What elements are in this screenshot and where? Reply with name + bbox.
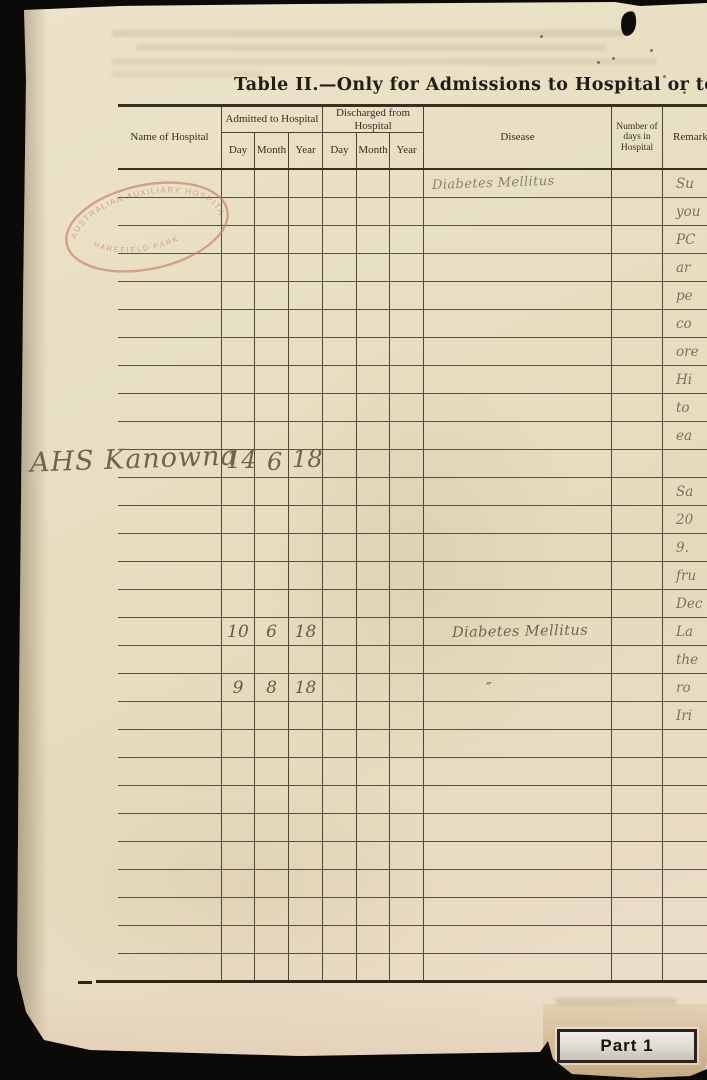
cell-days	[612, 310, 663, 337]
cell-am	[255, 394, 289, 421]
handwritten-admit-year: 18	[292, 445, 323, 473]
bleed-through-text	[556, 998, 676, 1005]
table-row: 10618Diabetes MellitusLa	[118, 618, 707, 646]
cell-am	[255, 506, 289, 533]
cell-days	[612, 674, 663, 701]
cell-remark: Iri	[663, 702, 707, 729]
cell-days	[612, 170, 663, 197]
header-remarks: Remarks	[663, 107, 707, 168]
cell-name	[118, 842, 222, 869]
cell-ay	[289, 254, 323, 281]
cell-ay	[289, 786, 323, 813]
table-header: Name of Hospital Admitted to Hospital Di…	[118, 104, 707, 170]
table-row	[118, 870, 707, 898]
cell-dm	[357, 562, 390, 589]
cell-am	[255, 842, 289, 869]
part-label: Part 1	[557, 1029, 697, 1063]
cell-dm	[357, 310, 390, 337]
cell-days	[612, 590, 663, 617]
cell-ay	[289, 870, 323, 897]
cell-ad	[222, 954, 255, 981]
handwritten-hospital-name: AHS Kanowna	[30, 440, 239, 478]
cell-name	[118, 954, 222, 981]
speck	[612, 57, 615, 60]
table-row	[118, 730, 707, 758]
cell-dd	[323, 254, 357, 281]
cell-remark	[663, 954, 707, 981]
cell-disease	[424, 534, 612, 561]
cell-remark	[663, 814, 707, 841]
cell-am	[255, 254, 289, 281]
cell-dd	[323, 786, 357, 813]
cell-dd	[323, 954, 357, 981]
handwritten-remark: Sa	[663, 484, 693, 500]
header-day: Day	[222, 133, 255, 168]
cell-am	[255, 926, 289, 953]
cell-dd	[323, 394, 357, 421]
cell-ad: 10	[222, 618, 255, 645]
cell-days	[612, 814, 663, 841]
speck	[597, 61, 600, 64]
table-row: ore	[118, 338, 707, 366]
cell-disease	[424, 310, 612, 337]
paper-edge-shadow	[14, 0, 48, 1080]
cell-days	[612, 898, 663, 925]
cell-days	[612, 506, 663, 533]
cell-name	[118, 394, 222, 421]
table-row	[118, 954, 707, 982]
cell-dm	[357, 758, 390, 785]
cell-remark: co	[663, 310, 707, 337]
cell-dm	[357, 870, 390, 897]
bleed-through-text	[112, 30, 660, 77]
handwritten-disease: Diabetes Mellitus	[424, 174, 555, 194]
cell-dd	[323, 702, 357, 729]
cell-days	[612, 366, 663, 393]
cell-ad	[222, 282, 255, 309]
cell-disease	[424, 730, 612, 757]
cell-remark: ar	[663, 254, 707, 281]
cell-ay	[289, 534, 323, 561]
cell-name	[118, 366, 222, 393]
cell-remark: pe	[663, 282, 707, 309]
header-discharged-group: Discharged from Hospital	[323, 107, 424, 133]
cell-days	[612, 338, 663, 365]
cell-days	[612, 730, 663, 757]
cell-days	[612, 646, 663, 673]
cell-disease	[424, 562, 612, 589]
cell-ay	[289, 926, 323, 953]
cell-am	[255, 366, 289, 393]
handwritten-remark: ea	[663, 428, 692, 444]
handwritten-ay: 18	[295, 622, 317, 642]
cell-dm	[357, 534, 390, 561]
cell-ad: 9	[222, 674, 255, 701]
cell-am	[255, 198, 289, 225]
handwritten-entry-kanowna: AHS Kanowna 14 6 18	[30, 438, 360, 498]
cell-dd	[323, 758, 357, 785]
cell-ay	[289, 198, 323, 225]
cell-ay: 18	[289, 674, 323, 701]
cell-disease	[424, 898, 612, 925]
cell-ay	[289, 366, 323, 393]
cell-dm	[357, 898, 390, 925]
cell-dy	[390, 730, 424, 757]
cell-ad	[222, 842, 255, 869]
handwritten-remark: to	[663, 400, 690, 416]
cell-name	[118, 506, 222, 533]
handwritten-remark: Su	[663, 176, 694, 192]
cell-name	[118, 674, 222, 701]
cell-am	[255, 786, 289, 813]
handwritten-am: 6	[266, 622, 277, 642]
table-row: 9818″ro	[118, 674, 707, 702]
cell-dm	[357, 478, 390, 505]
cell-dy	[390, 870, 424, 897]
cell-dm	[357, 646, 390, 673]
cell-disease	[424, 954, 612, 981]
cell-days	[612, 702, 663, 729]
handwritten-remark: ore	[663, 344, 699, 360]
cell-name	[118, 926, 222, 953]
cell-name	[118, 562, 222, 589]
table-row	[118, 926, 707, 954]
cell-dm	[357, 226, 390, 253]
handwritten-am: 8	[266, 678, 277, 698]
header-disease: Disease	[424, 107, 612, 168]
cell-dm	[357, 926, 390, 953]
cell-disease: Diabetes Mellitus	[424, 618, 612, 645]
cell-remark: 20	[663, 506, 707, 533]
cell-dd	[323, 226, 357, 253]
cell-ad	[222, 730, 255, 757]
cell-ay	[289, 506, 323, 533]
cell-ay	[289, 282, 323, 309]
cell-remark: Dec	[663, 590, 707, 617]
cell-name	[118, 338, 222, 365]
cell-remark	[663, 758, 707, 785]
cell-ad	[222, 646, 255, 673]
cell-days	[612, 282, 663, 309]
cell-disease: ″	[424, 674, 612, 701]
handwritten-remark: fru	[663, 568, 696, 584]
speck	[540, 35, 543, 38]
cell-dm	[357, 254, 390, 281]
cell-dm	[357, 814, 390, 841]
cell-days	[612, 198, 663, 225]
cell-ad	[222, 758, 255, 785]
header-admitted-group: Admitted to Hospital	[222, 107, 323, 133]
cell-ay	[289, 898, 323, 925]
cell-am	[255, 730, 289, 757]
cell-remark: Su	[663, 170, 707, 197]
cell-name	[118, 898, 222, 925]
cell-ad	[222, 590, 255, 617]
cell-remark	[663, 898, 707, 925]
table-row	[118, 814, 707, 842]
cell-disease	[424, 506, 612, 533]
cell-dd	[323, 646, 357, 673]
cell-name	[118, 534, 222, 561]
cell-ay	[289, 814, 323, 841]
cell-name	[118, 730, 222, 757]
cell-disease	[424, 590, 612, 617]
cell-disease	[424, 758, 612, 785]
cell-days	[612, 954, 663, 981]
table-row: 20	[118, 506, 707, 534]
cell-days	[612, 394, 663, 421]
handwritten-remark: you	[663, 204, 700, 220]
cell-days	[612, 870, 663, 897]
header-name-of-hospital: Name of Hospital	[118, 107, 222, 168]
cell-am	[255, 702, 289, 729]
cell-dd	[323, 730, 357, 757]
cell-disease	[424, 198, 612, 225]
cell-ay	[289, 730, 323, 757]
table-row	[118, 786, 707, 814]
cell-ay	[289, 310, 323, 337]
table-row: pe	[118, 282, 707, 310]
cell-remark	[663, 730, 707, 757]
cell-dy	[390, 702, 424, 729]
cell-dd	[323, 562, 357, 589]
cell-dd	[323, 618, 357, 645]
cell-disease	[424, 254, 612, 281]
cell-dy	[390, 394, 424, 421]
header-month: Month	[357, 133, 390, 168]
cell-dd	[323, 926, 357, 953]
handwritten-remark: pe	[663, 288, 693, 304]
cell-disease	[424, 646, 612, 673]
cell-dd	[323, 506, 357, 533]
svg-text:HAREFIELD PARK: HAREFIELD PARK	[91, 222, 182, 263]
handwritten-remark: co	[663, 316, 692, 332]
cell-dm	[357, 842, 390, 869]
handwritten-admit-day: 14	[226, 446, 257, 474]
cell-dd	[323, 366, 357, 393]
cell-am	[255, 814, 289, 841]
cell-dd	[323, 310, 357, 337]
cell-am	[255, 338, 289, 365]
table-row	[118, 842, 707, 870]
cell-dm	[357, 730, 390, 757]
handwritten-disease: Diabetes Mellitus	[424, 622, 588, 641]
cell-dy	[390, 814, 424, 841]
cell-remark: you	[663, 198, 707, 225]
cell-ay	[289, 170, 323, 197]
cell-ad	[222, 926, 255, 953]
header-day: Day	[323, 133, 357, 168]
cell-dy	[390, 338, 424, 365]
cell-days	[612, 926, 663, 953]
cell-am	[255, 954, 289, 981]
handwritten-remark: Dec	[663, 596, 702, 612]
cell-dm	[357, 954, 390, 981]
cell-am	[255, 310, 289, 337]
handwritten-admit-month: 6	[267, 448, 282, 476]
cell-remark	[663, 450, 707, 477]
cell-disease	[424, 338, 612, 365]
cell-ay	[289, 646, 323, 673]
cell-disease	[424, 226, 612, 253]
cell-ad	[222, 870, 255, 897]
table-row	[118, 898, 707, 926]
cell-dd	[323, 870, 357, 897]
cell-disease	[424, 450, 612, 477]
cell-dd	[323, 814, 357, 841]
cell-ad	[222, 814, 255, 841]
cell-dy	[390, 506, 424, 533]
cell-dm	[357, 674, 390, 701]
cell-dd	[323, 170, 357, 197]
cell-dm	[357, 590, 390, 617]
cell-days	[612, 226, 663, 253]
cell-am	[255, 898, 289, 925]
cell-dy	[390, 842, 424, 869]
cell-am: 8	[255, 674, 289, 701]
cell-am	[255, 282, 289, 309]
cell-name	[118, 702, 222, 729]
cell-ad	[222, 506, 255, 533]
cell-dm	[357, 198, 390, 225]
cell-dy	[390, 646, 424, 673]
cell-days	[612, 478, 663, 505]
cell-days	[612, 618, 663, 645]
cell-dy	[390, 674, 424, 701]
cell-ad	[222, 310, 255, 337]
cell-dd	[323, 674, 357, 701]
cell-dy	[390, 926, 424, 953]
cell-ay	[289, 338, 323, 365]
cell-dd	[323, 282, 357, 309]
cell-ad	[222, 394, 255, 421]
handwritten-remark: ro	[663, 680, 691, 696]
cell-am	[255, 646, 289, 673]
scanned-document: Table II.—Only for Admissions to Hospita…	[0, 0, 707, 1080]
cell-dy	[390, 254, 424, 281]
handwritten-remark: the	[663, 652, 698, 668]
cell-ay	[289, 842, 323, 869]
cell-am: 6	[255, 618, 289, 645]
cell-dm	[357, 618, 390, 645]
cell-dd	[323, 198, 357, 225]
cell-dy	[390, 786, 424, 813]
cell-dd	[323, 338, 357, 365]
cell-days	[612, 842, 663, 869]
cell-ay	[289, 394, 323, 421]
cell-days	[612, 450, 663, 477]
table-row: to	[118, 394, 707, 422]
cell-disease	[424, 394, 612, 421]
cell-dm	[357, 282, 390, 309]
cell-remark: ro	[663, 674, 707, 701]
cell-ay	[289, 702, 323, 729]
cell-ad	[222, 898, 255, 925]
cell-ay	[289, 758, 323, 785]
cell-name	[118, 870, 222, 897]
cell-disease	[424, 842, 612, 869]
cell-am	[255, 534, 289, 561]
cell-disease	[424, 814, 612, 841]
cell-remark	[663, 870, 707, 897]
cell-remark: ore	[663, 338, 707, 365]
header-month: Month	[255, 133, 289, 168]
cell-dm	[357, 506, 390, 533]
handwritten-remark: Iri	[663, 708, 692, 724]
cell-days	[612, 758, 663, 785]
table-bottom-rule	[96, 980, 707, 983]
cell-name	[118, 310, 222, 337]
table-row: fru	[118, 562, 707, 590]
header-year: Year	[289, 133, 323, 168]
cell-dm	[357, 422, 390, 449]
cell-ad	[222, 338, 255, 365]
cell-am	[255, 170, 289, 197]
cell-remark	[663, 786, 707, 813]
cell-dd	[323, 842, 357, 869]
cell-dy	[390, 226, 424, 253]
cell-ay: 18	[289, 618, 323, 645]
cell-dd	[323, 590, 357, 617]
cell-dy	[390, 562, 424, 589]
table-row: 9.	[118, 534, 707, 562]
cell-name	[118, 282, 222, 309]
cell-days	[612, 534, 663, 561]
cell-am	[255, 226, 289, 253]
handwritten-ay: 18	[295, 678, 317, 698]
cell-disease	[424, 870, 612, 897]
cell-dy	[390, 898, 424, 925]
cell-remark: the	[663, 646, 707, 673]
cell-days	[612, 254, 663, 281]
cell-dm	[357, 170, 390, 197]
cell-dy	[390, 282, 424, 309]
table-body: Diabetes MellitusSuyouPCarpecooreHitoeaS…	[118, 170, 707, 982]
table-row: Iri	[118, 702, 707, 730]
cell-disease	[424, 702, 612, 729]
cell-disease	[424, 478, 612, 505]
cell-remark: fru	[663, 562, 707, 589]
cell-ad	[222, 562, 255, 589]
table-title: Table II.—Only for Admissions to Hospita…	[234, 75, 707, 95]
cell-disease	[424, 926, 612, 953]
table-row: Dec	[118, 590, 707, 618]
cell-dy	[390, 758, 424, 785]
header-year: Year	[390, 133, 424, 168]
cell-dd	[323, 898, 357, 925]
cell-days	[612, 562, 663, 589]
cell-remark	[663, 926, 707, 953]
cell-name	[118, 590, 222, 617]
handwritten-remark: Hi	[663, 372, 692, 388]
cell-dy	[390, 366, 424, 393]
cell-disease	[424, 422, 612, 449]
handwritten-disease: ″	[424, 679, 492, 697]
cell-dm	[357, 338, 390, 365]
cell-name	[118, 618, 222, 645]
cell-am	[255, 870, 289, 897]
cell-dy	[390, 618, 424, 645]
cell-dy	[390, 590, 424, 617]
cell-name	[118, 646, 222, 673]
handwritten-ad: 9	[233, 678, 244, 698]
cell-disease: Diabetes Mellitus	[424, 170, 612, 197]
handwritten-remark: La	[663, 624, 693, 640]
handwritten-remark: PC	[663, 232, 695, 248]
paper-sheet: Table II.—Only for Admissions to Hospita…	[0, 0, 707, 1080]
cell-dm	[357, 450, 390, 477]
cell-remark: Sa	[663, 478, 707, 505]
